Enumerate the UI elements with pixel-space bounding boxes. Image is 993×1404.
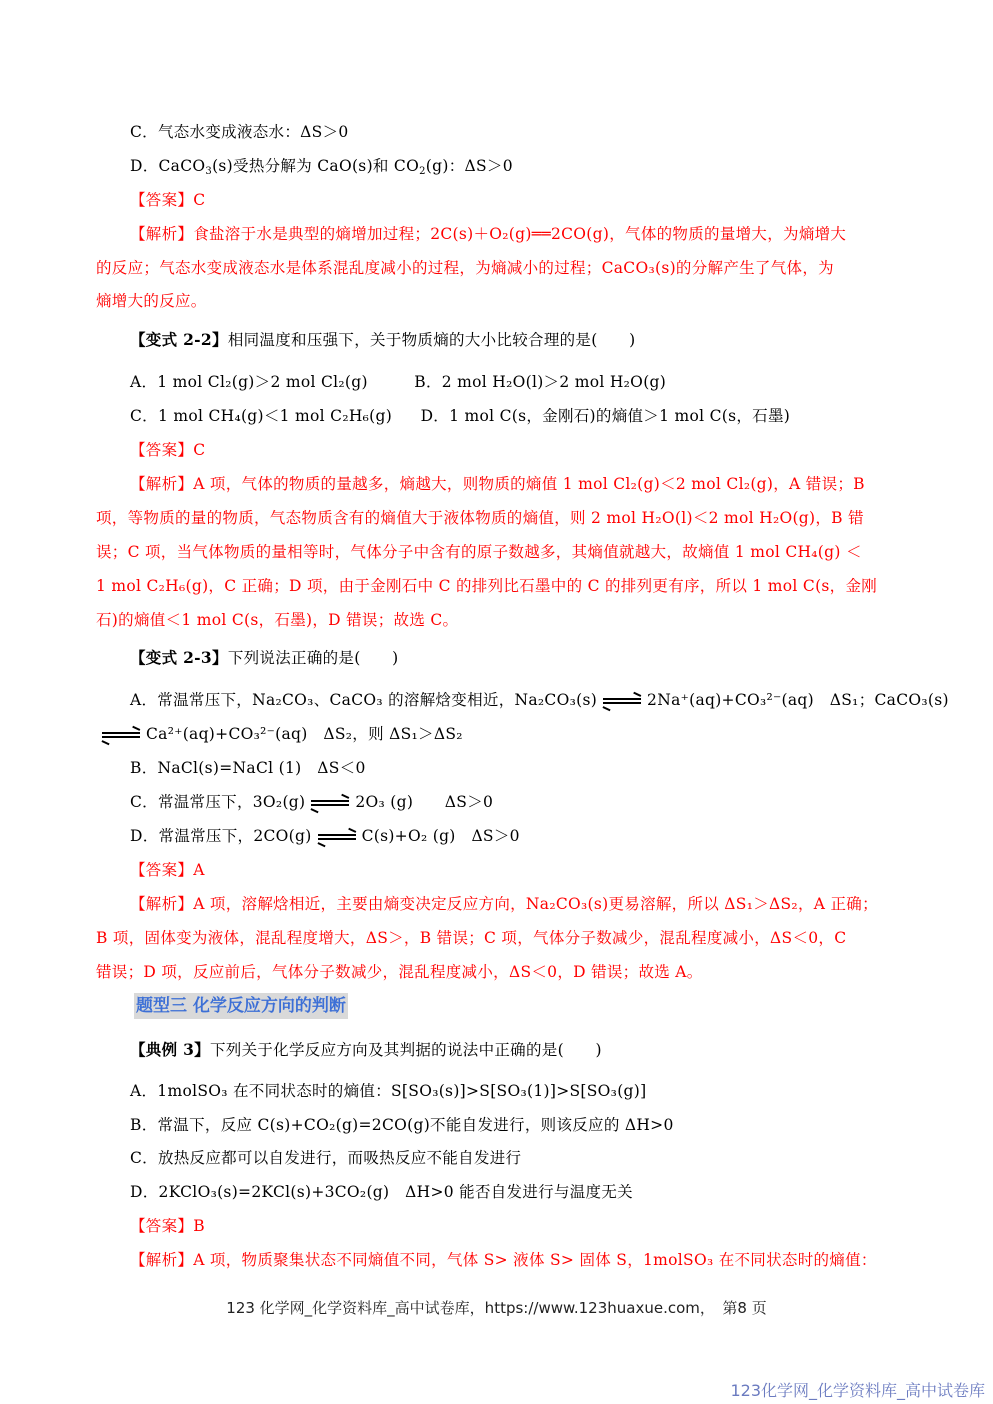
equilibrium-arrow-icon: [102, 731, 140, 739]
analysis-text: 项，等物质的量的物质，气态物质含有的熵值大于液体物质的熵值，则 2 mol H₂…: [96, 509, 864, 527]
example-3-option-a: A．1molSO₃ 在不同状态时的熵值：S[SO₃(s)]>S[SO₃(1)]>…: [130, 1081, 646, 1101]
analysis-text: 错误；D 项，反应前后，气体分子数减少，混乱程度减小，ΔS＜0，D 错误；故选 …: [96, 963, 703, 981]
option-d: D．2KClO₃(s)=2KCl(s)+3CO₂(g) ΔH>0 能否自发进行与…: [130, 1183, 633, 1201]
answer-value: A: [193, 861, 205, 879]
analysis-text: A 项，气体的物质的量越多，熵越大，则物质的熵值 1 mol Cl₂(g)＜2 …: [193, 475, 865, 493]
answer-2-3: 【答案】A: [130, 860, 205, 880]
watermark-link[interactable]: 123化学网_化学资料库_高中试卷库: [730, 1378, 985, 1401]
example-3: 【典例 3】下列关于化学反应方向及其判据的说法中正确的是( ): [130, 1040, 602, 1060]
option-text: (s)受热分解为 CaO(s)和 CO: [212, 157, 419, 175]
analysis-2-3-line2: B 项，固体变为液体，混乱程度增大，ΔS＞，B 错误；C 项，气体分子数减少，混…: [96, 928, 846, 948]
analysis-label: 【解析】: [130, 1251, 193, 1269]
option-c-text: C．常温常压下，3O₂(g): [130, 793, 305, 811]
question-label: 【变式 2-3】: [130, 648, 228, 667]
answer-label: 【答案】: [130, 441, 193, 459]
question-2-3-option-a-line2: Ca²⁺(aq)+CO₃²⁻(aq) ΔS₂，则 ΔS₁＞ΔS₂: [96, 724, 463, 744]
analysis-2-2-line3: 误；C 项，当气体物质的量相等时，气体分子中含有的原子数越多，其熵值就越大，故熵…: [96, 542, 862, 562]
analysis-text: B 项，固体变为液体，混乱程度增大，ΔS＞，B 错误；C 项，气体分子数减少，混…: [96, 929, 846, 947]
equilibrium-arrow-icon: [318, 833, 356, 841]
option-c-prev: C．气态水变成液态水：ΔS＞0: [130, 122, 349, 142]
question-stem: 下列关于化学反应方向及其判据的说法中正确的是( ): [210, 1041, 602, 1059]
question-2-3-option-a-line1: A．常温常压下，Na₂CO₃、CaCO₃ 的溶解焓变相近，Na₂CO₃(s)2N…: [130, 690, 949, 710]
answer-value: B: [193, 1217, 205, 1235]
option-a: A．1 mol Cl₂(g)＞2 mol Cl₂(g): [130, 373, 368, 391]
question-2-2: 【变式 2-2】相同温度和压强下，关于物质熵的大小比较合理的是( ): [130, 330, 636, 350]
analysis-text: 误；C 项，当气体物质的量相等时，气体分子中含有的原子数越多，其熵值就越大，故熵…: [96, 543, 862, 561]
option-c: C．放热反应都可以自发进行，而吸热反应不能自发进行: [130, 1149, 521, 1167]
answer-label: 【答案】: [130, 191, 193, 209]
question-2-2-options-cd: C．1 mol CH₄(g)＜1 mol C₂H₆(g) D．1 mol C(s…: [130, 406, 790, 426]
answer-value: C: [193, 191, 205, 209]
option-c-text: 2O₃ (g) ΔS＞0: [355, 793, 493, 811]
option-text: C．气态水变成液态水：ΔS＞0: [130, 123, 349, 141]
analysis-2-2-line5: 石)的熵值＜1 mol C(s，石墨)，D 错误；故选 C。: [96, 610, 458, 630]
answer-label: 【答案】: [130, 1217, 193, 1235]
question-2-3-option-c: C．常温常压下，3O₂(g)2O₃ (g) ΔS＞0: [130, 792, 493, 812]
option-c: C．1 mol CH₄(g)＜1 mol C₂H₆(g): [130, 407, 392, 425]
option-d: D．1 mol C(s，金刚石)的熵值＞1 mol C(s，石墨): [421, 407, 791, 425]
option-a-text: 2Na⁺(aq)+CO₃²⁻(aq) ΔS₁；CaCO₃(s): [647, 691, 949, 709]
question-label: 【变式 2-2】: [130, 330, 228, 349]
option-d-text: D．常温常压下，2CO(g): [130, 827, 312, 845]
analysis-q21-line2: 的反应；气态水变成液态水是体系混乱度减小的过程，为熵减小的过程；CaCO₃(s)…: [96, 258, 834, 278]
option-a-text: A．常温常压下，Na₂CO₃、CaCO₃ 的溶解焓变相近，Na₂CO₃(s): [130, 691, 597, 709]
answer-value: C: [193, 441, 205, 459]
analysis-text: 熵增大的反应。: [96, 292, 207, 310]
option-b: B．NaCl(s)=NaCl (1) ΔS＜0: [130, 759, 366, 777]
subscript: 2: [419, 166, 426, 177]
document-page: C．气态水变成液态水：ΔS＞0 D．CaCO3(s)受热分解为 CaO(s)和 …: [0, 0, 993, 1404]
answer-label: 【答案】: [130, 861, 193, 879]
answer-example-3: 【答案】B: [130, 1216, 205, 1236]
question-2-3: 【变式 2-3】下列说法正确的是( ): [130, 648, 399, 668]
answer-q21: 【答案】C: [130, 190, 205, 210]
example-3-option-c: C．放热反应都可以自发进行，而吸热反应不能自发进行: [130, 1148, 521, 1168]
analysis-text: A 项，溶解焓相近，主要由熵变决定反应方向，Na₂CO₃(s)更易溶解，所以 Δ…: [193, 895, 878, 913]
page-footer: 123 化学网_化学资料库_高中试卷库，https://www.123huaxu…: [0, 1297, 993, 1318]
option-a: A．1molSO₃ 在不同状态时的熵值：S[SO₃(s)]>S[SO₃(1)]>…: [130, 1082, 646, 1100]
question-2-3-option-d: D．常温常压下，2CO(g)C(s)+O₂ (g) ΔS＞0: [130, 826, 520, 846]
answer-2-2: 【答案】C: [130, 440, 205, 460]
question-stem: 下列说法正确的是( ): [228, 649, 399, 667]
option-d-text: C(s)+O₂ (g) ΔS＞0: [362, 827, 520, 845]
analysis-label: 【解析】: [130, 895, 193, 913]
analysis-q21-line1: 【解析】食盐溶于水是典型的熵增加过程；2C(s)＋O₂(g)══2CO(g)，气…: [130, 224, 846, 244]
analysis-label: 【解析】: [130, 475, 193, 493]
section-heading: 题型三 化学反应方向的判断: [134, 993, 348, 1019]
question-label: 【典例 3】: [130, 1040, 210, 1059]
analysis-text: 1 mol C₂H₆(g)，C 正确；D 项，由于金刚石中 C 的排列比石墨中的…: [96, 577, 877, 595]
option-text: D．CaCO: [130, 157, 205, 175]
question-stem: 相同温度和压强下，关于物质熵的大小比较合理的是( ): [228, 331, 636, 349]
option-text: (g)：ΔS＞0: [426, 157, 513, 175]
question-2-2-options-ab: A．1 mol Cl₂(g)＞2 mol Cl₂(g) B．2 mol H₂O(…: [130, 372, 666, 392]
analysis-2-2-line4: 1 mol C₂H₆(g)，C 正确；D 项，由于金刚石中 C 的排列比石墨中的…: [96, 576, 877, 596]
example-3-option-b: B．常温下，反应 C(s)+CO₂(g)=2CO(g)不能自发进行，则该反应的 …: [130, 1115, 674, 1135]
analysis-label: 【解析】: [130, 225, 193, 243]
equilibrium-arrow-icon: [603, 697, 641, 705]
option-b: B．2 mol H₂O(l)＞2 mol H₂O(g): [414, 373, 666, 391]
analysis-2-3-line3: 错误；D 项，反应前后，气体分子数减少，混乱程度减小，ΔS＜0，D 错误；故选 …: [96, 962, 703, 982]
analysis-example-3-line1: 【解析】A 项，物质聚集状态不同熵值不同，气体 S> 液体 S> 固体 S，1m…: [130, 1250, 877, 1270]
analysis-text: 石)的熵值＜1 mol C(s，石墨)，D 错误；故选 C。: [96, 611, 458, 629]
analysis-text: 食盐溶于水是典型的熵增加过程；2C(s)＋O₂(g)══2CO(g)，气体的物质…: [193, 225, 846, 243]
analysis-2-3-line1: 【解析】A 项，溶解焓相近，主要由熵变决定反应方向，Na₂CO₃(s)更易溶解，…: [130, 894, 878, 914]
question-2-3-option-b: B．NaCl(s)=NaCl (1) ΔS＜0: [130, 758, 366, 778]
option-d-prev: D．CaCO3(s)受热分解为 CaO(s)和 CO2(g)：ΔS＞0: [130, 156, 513, 176]
option-a-text: Ca²⁺(aq)+CO₃²⁻(aq) ΔS₂，则 ΔS₁＞ΔS₂: [146, 725, 463, 743]
analysis-2-2-line2: 项，等物质的量的物质，气态物质含有的熵值大于液体物质的熵值，则 2 mol H₂…: [96, 508, 864, 528]
equilibrium-arrow-icon: [311, 799, 349, 807]
analysis-q21-line3: 熵增大的反应。: [96, 291, 207, 311]
example-3-option-d: D．2KClO₃(s)=2KCl(s)+3CO₂(g) ΔH>0 能否自发进行与…: [130, 1182, 633, 1202]
option-b: B．常温下，反应 C(s)+CO₂(g)=2CO(g)不能自发进行，则该反应的 …: [130, 1116, 674, 1134]
analysis-2-2-line1: 【解析】A 项，气体的物质的量越多，熵越大，则物质的熵值 1 mol Cl₂(g…: [130, 474, 865, 494]
analysis-text: 的反应；气态水变成液态水是体系混乱度减小的过程，为熵减小的过程；CaCO₃(s)…: [96, 259, 834, 277]
analysis-text: A 项，物质聚集状态不同熵值不同，气体 S> 液体 S> 固体 S，1molSO…: [193, 1251, 877, 1269]
